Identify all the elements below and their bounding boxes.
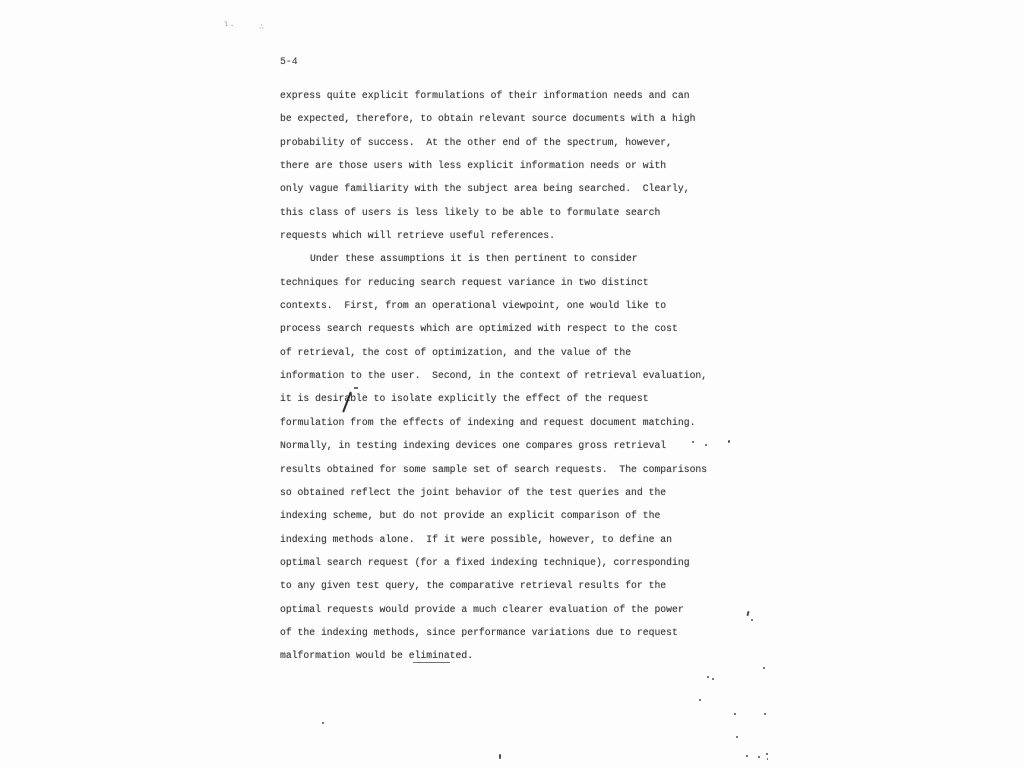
text-line: results obtained for some sample set of … xyxy=(280,458,720,481)
scanned-document-page: ι. ∴ 5-4 express quite explicit formulat… xyxy=(0,0,1024,768)
text-line: process search requests which are optimi… xyxy=(280,317,720,340)
text-line: malformation would be eliminated. xyxy=(280,644,720,667)
scan-artifact-mark: ∴ xyxy=(259,22,265,32)
text-line: of the indexing methods, since performan… xyxy=(280,621,720,644)
text-line: only vague familiarity with the subject … xyxy=(280,177,720,200)
text-line: formulation from the effects of indexing… xyxy=(280,411,720,434)
scan-speckle xyxy=(764,713,766,715)
text-line: indexing methods alone. If it were possi… xyxy=(280,528,720,551)
text-line: requests which will retrieve useful refe… xyxy=(280,224,720,247)
scan-speckle xyxy=(499,754,501,759)
text-line: Normally, in testing indexing devices on… xyxy=(280,434,720,457)
scan-speckle xyxy=(767,758,768,760)
text-line: be expected, therefore, to obtain releva… xyxy=(280,107,720,130)
scan-speckle xyxy=(763,667,765,669)
scan-speckle xyxy=(751,619,753,621)
scan-speckle xyxy=(712,678,714,680)
text-line: this class of users is less likely to be… xyxy=(280,201,720,224)
text-line: information to the user. Second, in the … xyxy=(280,364,720,387)
scan-speckle xyxy=(746,755,748,757)
text-line: probability of success. At the other end… xyxy=(280,131,720,154)
text-line: Under these assumptions it is then perti… xyxy=(280,247,720,270)
text-line: indexing scheme, but do not provide an e… xyxy=(280,504,720,527)
scan-speckle xyxy=(322,722,324,724)
scan-speckle xyxy=(766,753,768,755)
body-text: express quite explicit formulations of t… xyxy=(280,84,720,668)
scan-speckle xyxy=(699,699,701,701)
scan-speckle xyxy=(758,756,760,758)
underline-artifact xyxy=(354,387,358,389)
text-line: of retrieval, the cost of optimization, … xyxy=(280,341,720,364)
scan-speckle xyxy=(728,440,730,443)
scan-speckle xyxy=(736,736,738,738)
scan-speckle xyxy=(707,676,709,678)
scan-speckle xyxy=(734,713,736,715)
scan-artifact-mark: ι. xyxy=(224,20,236,29)
scan-speckle xyxy=(705,444,707,446)
text-line: contexts. First, from an operational vie… xyxy=(280,294,720,317)
scan-speckle xyxy=(692,441,694,443)
page-number: 5-4 xyxy=(280,56,298,67)
text-line: optimal requests would provide a much cl… xyxy=(280,598,720,621)
underline-artifact xyxy=(413,662,450,663)
scan-speckle xyxy=(746,611,749,616)
text-line: to any given test query, the comparative… xyxy=(280,574,720,597)
text-line: express quite explicit formulations of t… xyxy=(280,84,720,107)
text-line: techniques for reducing search request v… xyxy=(280,271,720,294)
text-line: optimal search request (for a fixed inde… xyxy=(280,551,720,574)
text-line: so obtained reflect the joint behavior o… xyxy=(280,481,720,504)
text-line: there are those users with less explicit… xyxy=(280,154,720,177)
